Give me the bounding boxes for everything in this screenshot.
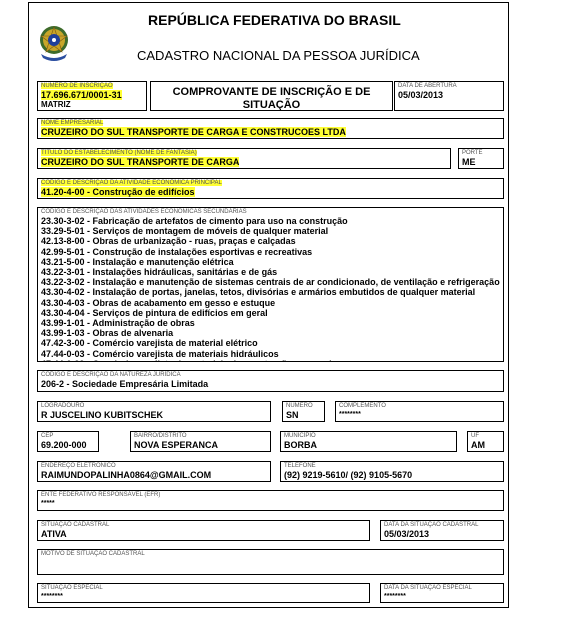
complemento-label: COMPLEMENTO bbox=[339, 403, 500, 410]
inscricao-value: 17.696.671/0001-31 bbox=[41, 90, 122, 100]
fantasia-value: CRUZEIRO DO SUL TRANSPORTE DE CARGA bbox=[41, 157, 239, 167]
telefone-value: (92) 9219-5610/ (92) 9105-5670 bbox=[284, 470, 500, 480]
list-item: 43.30-4-02 - Instalação de portas, janel… bbox=[41, 287, 500, 297]
data-situacao-especial-label: DATA DA SITUAÇÃO ESPECIAL bbox=[384, 585, 500, 592]
bairro-box: BAIRRO/DISTRITO NOVA ESPERANCA bbox=[130, 431, 271, 452]
nome-empresarial-value: CRUZEIRO DO SUL TRANSPORTE DE CARGA E CO… bbox=[41, 127, 346, 137]
logradouro-value: R JUSCELINO KUBITSCHEK bbox=[41, 410, 267, 420]
municipio-value: BORBA bbox=[284, 440, 453, 450]
efr-label: ENTE FEDERATIVO RESPONSÁVEL (EFR) bbox=[41, 492, 500, 499]
bairro-label: BAIRRO/DISTRITO bbox=[134, 433, 267, 440]
list-item: 43.22-3-01 - Instalações hidráulicas, sa… bbox=[41, 267, 500, 277]
list-item: 43.99-1-01 - Administração de obras bbox=[41, 318, 500, 328]
situacao-label: SITUAÇÃO CADASTRAL bbox=[41, 522, 366, 529]
atividades-secundarias-list: 23.30-3-02 - Fabricação de artefatos de … bbox=[41, 216, 500, 362]
atividades-secundarias-label: CÓDIGO E DESCRIÇÃO DAS ATIVIDADES ECONÔM… bbox=[41, 209, 500, 216]
brazil-coat-of-arms-icon bbox=[37, 24, 71, 62]
data-situacao-especial-value: ******** bbox=[384, 592, 500, 602]
abertura-box: DATA DE ABERTURA 05/03/2013 bbox=[394, 81, 504, 111]
data-situacao-label: DATA DA SITUAÇÃO CADASTRAL bbox=[384, 522, 500, 529]
efr-value: ***** bbox=[41, 499, 500, 509]
data-situacao-value: 05/03/2013 bbox=[384, 529, 500, 539]
registry-title: CADASTRO NACIONAL DA PESSOA JURÍDICA bbox=[137, 48, 420, 63]
email-box: ENDEREÇO ELETRÔNICO RAIMUNDOPALINHA0864@… bbox=[37, 461, 271, 482]
list-item: 43.30-4-04 - Serviços de pintura de edif… bbox=[41, 308, 500, 318]
list-item: 47.42-3-00 - Comércio varejista de mater… bbox=[41, 338, 500, 348]
natureza-juridica-value: 206-2 - Sociedade Empresária Limitada bbox=[41, 379, 500, 389]
atividade-principal-box: CÓDIGO E DESCRIÇÃO DA ATIVIDADE ECONÔMIC… bbox=[37, 178, 504, 199]
fantasia-label: TÍTULO DO ESTABELECIMENTO (NOME DE FANTA… bbox=[41, 150, 197, 156]
natureza-juridica-label: CÓDIGO E DESCRIÇÃO DA NATUREZA JURÍDICA bbox=[41, 372, 500, 379]
nome-empresarial-label: NOME EMPRESARIAL bbox=[41, 120, 103, 126]
list-item: 43.21-5-00 - Instalação e manutenção elé… bbox=[41, 257, 500, 267]
telefone-box: TELEFONE (92) 9219-5610/ (92) 9105-5670 bbox=[280, 461, 504, 482]
motivo-label: MOTIVO DE SITUAÇÃO CADASTRAL bbox=[41, 551, 500, 558]
logradouro-box: LOGRADOURO R JUSCELINO KUBITSCHEK bbox=[37, 401, 271, 422]
list-item: 23.30-3-02 - Fabricação de artefatos de … bbox=[41, 216, 500, 226]
abertura-label: DATA DE ABERTURA bbox=[398, 83, 500, 90]
abertura-value: 05/03/2013 bbox=[398, 90, 500, 100]
nome-empresarial-box: NOME EMPRESARIAL CRUZEIRO DO SUL TRANSPO… bbox=[37, 118, 504, 139]
list-item: 33.29-5-01 - Serviços de montagem de móv… bbox=[41, 226, 500, 236]
situacao-value: ATIVA bbox=[41, 529, 366, 539]
logradouro-label: LOGRADOURO bbox=[41, 403, 267, 410]
porte-box: PORTE ME bbox=[458, 148, 504, 169]
comprovante-title-line1: COMPROVANTE DE INSCRIÇÃO E DE SITUAÇÃO bbox=[154, 86, 389, 111]
situacao-box: SITUAÇÃO CADASTRAL ATIVA bbox=[37, 520, 370, 541]
email-value: RAIMUNDOPALINHA0864@GMAIL.COM bbox=[41, 470, 267, 480]
data-situacao-especial-box: DATA DA SITUAÇÃO ESPECIAL ******** bbox=[380, 583, 504, 603]
numero-value: SN bbox=[286, 410, 321, 420]
email-label: ENDEREÇO ELETRÔNICO bbox=[41, 463, 267, 470]
list-item: 43.30-4-03 - Obras de acabamento em gess… bbox=[41, 298, 500, 308]
motivo-box: MOTIVO DE SITUAÇÃO CADASTRAL bbox=[37, 549, 504, 575]
numero-label: NÚMERO bbox=[286, 403, 321, 410]
atividades-secundarias-box: CÓDIGO E DESCRIÇÃO DAS ATIVIDADES ECONÔM… bbox=[37, 207, 504, 362]
list-item: 42.99-5-01 - Construção de instalações e… bbox=[41, 247, 500, 257]
inscricao-type: MATRIZ bbox=[41, 100, 143, 110]
list-item: 43.22-3-02 - Instalação e manutenção de … bbox=[41, 277, 500, 287]
telefone-label: TELEFONE bbox=[284, 463, 500, 470]
list-item: 42.13-8-00 - Obras de urbanização - ruas… bbox=[41, 236, 500, 246]
complemento-box: COMPLEMENTO ******** bbox=[335, 401, 504, 422]
country-title: REPÚBLICA FEDERATIVA DO BRASIL bbox=[148, 12, 401, 28]
uf-value: AM bbox=[471, 440, 500, 450]
situacao-especial-value: ******** bbox=[41, 592, 366, 602]
bairro-value: NOVA ESPERANCA bbox=[134, 440, 267, 450]
atividade-principal-label: CÓDIGO E DESCRIÇÃO DA ATIVIDADE ECONÔMIC… bbox=[41, 180, 222, 186]
inscricao-label: NÚMERO DE INSCRIÇÃO bbox=[41, 83, 113, 89]
data-situacao-box: DATA DA SITUAÇÃO CADASTRAL 05/03/2013 bbox=[380, 520, 504, 541]
municipio-label: MUNICÍPIO bbox=[284, 433, 453, 440]
cep-value: 69.200-000 bbox=[41, 440, 95, 450]
list-item: 47.44-0-99 - Comércio varejista de mater… bbox=[41, 359, 500, 362]
situacao-especial-label: SITUAÇÃO ESPECIAL bbox=[41, 585, 366, 592]
municipio-box: MUNICÍPIO BORBA bbox=[280, 431, 457, 452]
uf-label: UF bbox=[471, 433, 500, 440]
list-item: 47.44-0-03 - Comércio varejista de mater… bbox=[41, 349, 500, 359]
uf-box: UF AM bbox=[467, 431, 504, 452]
comprovante-title-box: COMPROVANTE DE INSCRIÇÃO E DE SITUAÇÃO C… bbox=[150, 81, 393, 111]
atividade-principal-value: 41.20-4-00 - Construção de edifícios bbox=[41, 187, 195, 197]
porte-value: ME bbox=[462, 157, 500, 167]
fantasia-box: TÍTULO DO ESTABELECIMENTO (NOME DE FANTA… bbox=[37, 148, 451, 169]
porte-label: PORTE bbox=[462, 150, 500, 157]
situacao-especial-box: SITUAÇÃO ESPECIAL ******** bbox=[37, 583, 370, 603]
natureza-juridica-box: CÓDIGO E DESCRIÇÃO DA NATUREZA JURÍDICA … bbox=[37, 370, 504, 392]
numero-box: NÚMERO SN bbox=[282, 401, 325, 422]
cep-label: CEP bbox=[41, 433, 95, 440]
complemento-value: ******** bbox=[339, 410, 500, 420]
cep-box: CEP 69.200-000 bbox=[37, 431, 99, 452]
efr-box: ENTE FEDERATIVO RESPONSÁVEL (EFR) ***** bbox=[37, 490, 504, 511]
inscricao-box: NÚMERO DE INSCRIÇÃO 17.696.671/0001-31 M… bbox=[37, 81, 147, 111]
list-item: 43.99-1-03 - Obras de alvenaria bbox=[41, 328, 500, 338]
